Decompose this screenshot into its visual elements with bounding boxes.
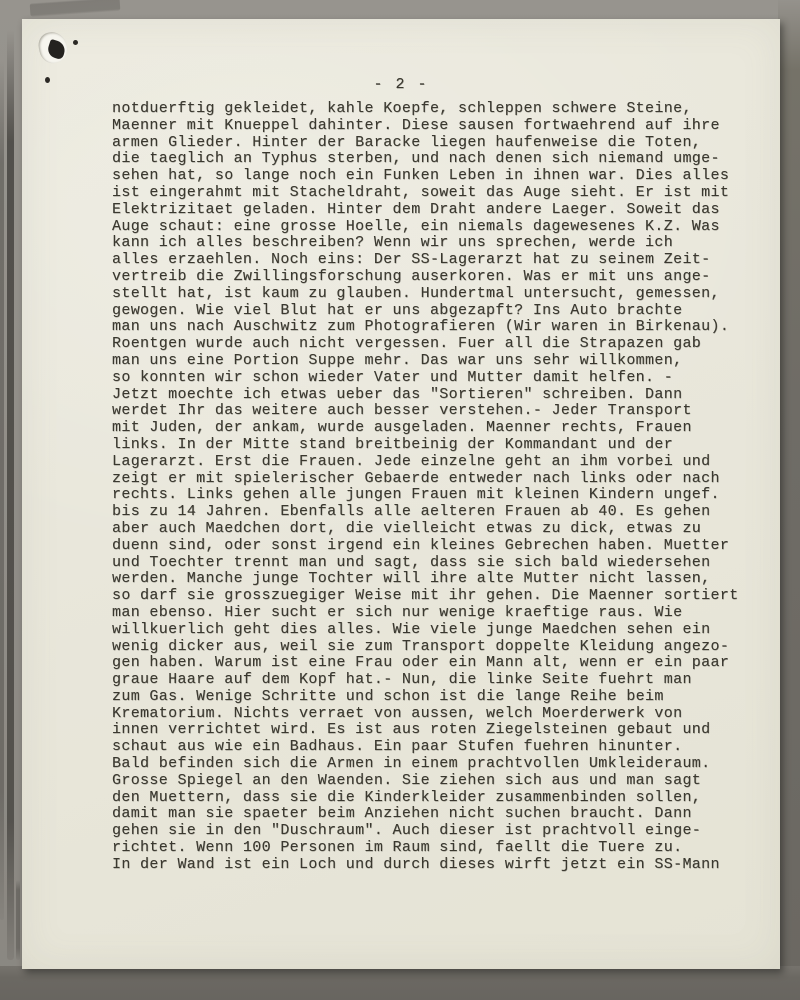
document-text-line: rechts. Links gehen alle jungen Frauen m… bbox=[112, 487, 772, 504]
document-text-line: so konnten wir schon wieder Vater und Mu… bbox=[112, 370, 772, 387]
document-text-line: aber auch Maedchen dort, die vielleicht … bbox=[112, 521, 772, 538]
scan-streak bbox=[16, 880, 20, 960]
document-text-line: kann ich alles beschreiben? Wenn wir uns… bbox=[112, 235, 772, 252]
document-text: notduerftig gekleidet, kahle Koepfe, sch… bbox=[112, 101, 772, 874]
scan-streak bbox=[7, 30, 14, 960]
backing-bottom-strip bbox=[0, 966, 800, 1000]
document-text-line: werdet Ihr das weitere auch besser verst… bbox=[112, 403, 772, 420]
document-text-line: Elektrizitaet geladen. Hinter dem Draht … bbox=[112, 202, 772, 219]
scan-streak bbox=[0, 60, 4, 920]
document-text-line: schaut aus wie ein Badhaus. Ein paar Stu… bbox=[112, 739, 772, 756]
document-text-line: und Toechter trennt man und sagt, dass s… bbox=[112, 555, 772, 572]
document-text-line: graue Haare auf dem Kopf hat.- Nun, die … bbox=[112, 672, 772, 689]
document-text-line: sehen hat, so lange noch ein Funken Lebe… bbox=[112, 168, 772, 185]
scan-background: - 2 - notduerftig gekleidet, kahle Koepf… bbox=[0, 0, 800, 1000]
document-text-line: den Muettern, dass sie die Kinderkleider… bbox=[112, 790, 772, 807]
document-text-line: innen verrichtet wird. Es ist aus roten … bbox=[112, 722, 772, 739]
document-text-line: die taeglich an Typhus sterben, und nach… bbox=[112, 151, 772, 168]
document-text-line: damit man sie spaeter beim Anziehen nich… bbox=[112, 806, 772, 823]
document-text-line: gewogen. Wie viel Blut hat er uns abgeza… bbox=[112, 303, 772, 320]
page-number: - 2 - bbox=[22, 76, 780, 93]
document-text-line: Jetzt moechte ich etwas ueber das "Sorti… bbox=[112, 387, 772, 404]
document-text-line: ist eingerahmt mit Stacheldraht, soweit … bbox=[112, 185, 772, 202]
document-text-line: man uns eine Portion Suppe mehr. Das war… bbox=[112, 353, 772, 370]
document-text-line: stellt hat, ist kaum zu glauben. Hundert… bbox=[112, 286, 772, 303]
document-text-line: mit Juden, der ankam, wurde ausgeladen. … bbox=[112, 420, 772, 437]
document-text-line: Roentgen wurde auch nicht vergessen. Fue… bbox=[112, 336, 772, 353]
document-text-line: alles erzaehlen. Noch eins: Der SS-Lager… bbox=[112, 252, 772, 269]
document-text-line: gen haben. Warum ist eine Frau oder ein … bbox=[112, 655, 772, 672]
document-text-line: vertreib die Zwillingsforschung auserkor… bbox=[112, 269, 772, 286]
document-text-line: bis zu 14 Jahren. Ebenfalls alle aeltere… bbox=[112, 504, 772, 521]
document-text-line: zeigt er mit spielerischer Gebaerde entw… bbox=[112, 471, 772, 488]
document-text-line: Grosse Spiegel an den Waenden. Sie ziehe… bbox=[112, 773, 772, 790]
document-text-line: notduerftig gekleidet, kahle Koepfe, sch… bbox=[112, 101, 772, 118]
document-text-line: richtet. Wenn 100 Personen im Raum sind,… bbox=[112, 840, 772, 857]
document-text-line: Lagerarzt. Erst die Frauen. Jede einzeln… bbox=[112, 454, 772, 471]
document-text-line: willkuerlich geht dies alles. Wie viele … bbox=[112, 622, 772, 639]
document-text-line: armen Glieder. Hinter der Baracke liegen… bbox=[112, 135, 772, 152]
scan-streak bbox=[30, 0, 121, 17]
document-text-line: links. In der Mitte stand breitbeinig de… bbox=[112, 437, 772, 454]
document-text-line: zum Gas. Wenige Schritte und schon ist d… bbox=[112, 689, 772, 706]
document-text-line: gehen sie in den "Duschraum". Auch diese… bbox=[112, 823, 772, 840]
document-text-line: werden. Manche junge Tochter will ihre a… bbox=[112, 571, 772, 588]
document-text-line: so darf sie grosszuegiger Weise mit ihr … bbox=[112, 588, 772, 605]
document-text-line: Maenner mit Knueppel dahinter. Diese sau… bbox=[112, 118, 772, 135]
ink-dot bbox=[73, 40, 78, 45]
document-text-line: man uns nach Auschwitz zum Photografiere… bbox=[112, 319, 772, 336]
document-text-line: Bald befinden sich die Armen in einem pr… bbox=[112, 756, 772, 773]
document-text-line: wenig dicker aus, weil sie zum Transport… bbox=[112, 639, 772, 656]
document-text-line: Auge schaut: eine grosse Hoelle, ein nie… bbox=[112, 219, 772, 236]
document-text-line: duenn sind, oder sonst irgend ein kleine… bbox=[112, 538, 772, 555]
document-text-line: In der Wand ist ein Loch und durch diese… bbox=[112, 857, 772, 874]
document-text-line: man ebenso. Hier sucht er sich nur wenig… bbox=[112, 605, 772, 622]
paper-page: - 2 - notduerftig gekleidet, kahle Koepf… bbox=[22, 19, 780, 969]
backing-right-strip bbox=[778, 0, 800, 1000]
document-text-line: Krematorium. Nichts verraet von aussen, … bbox=[112, 706, 772, 723]
